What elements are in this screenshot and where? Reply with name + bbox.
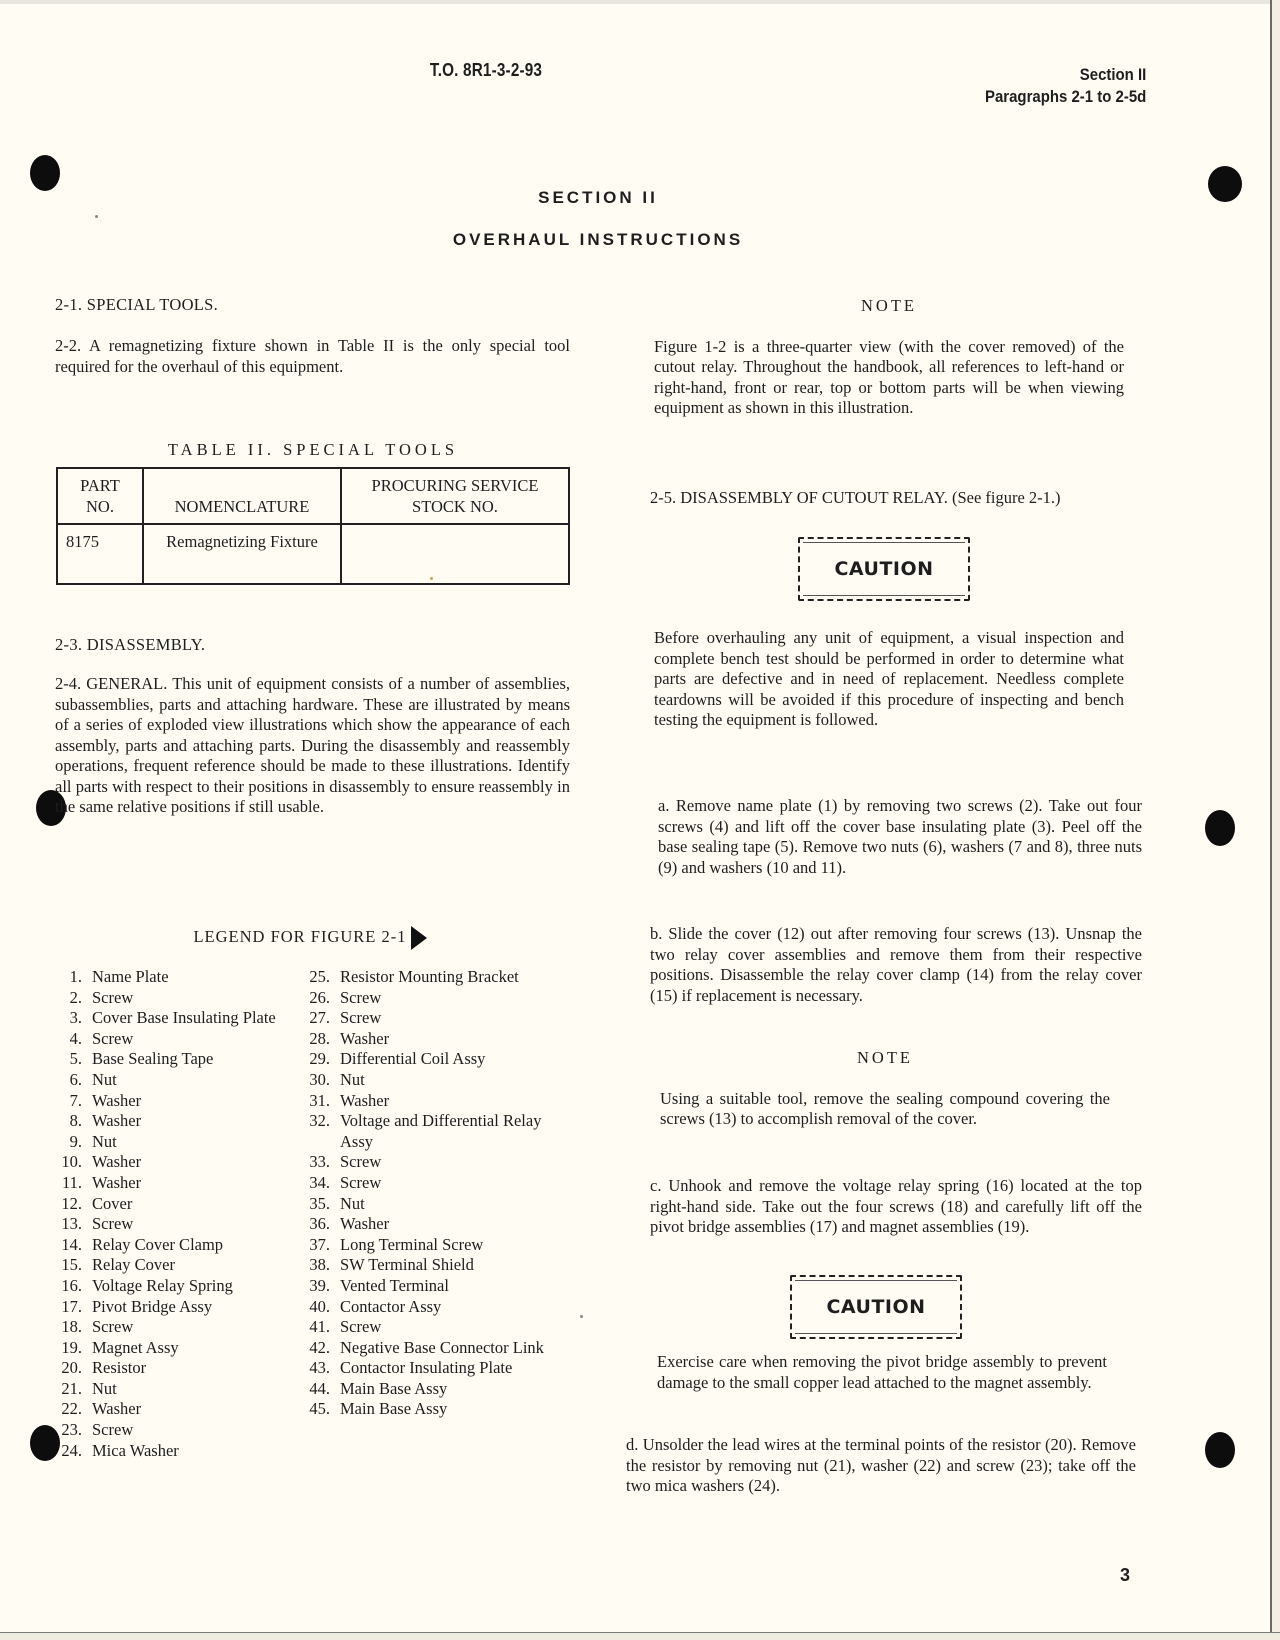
page-top-edge xyxy=(0,0,1270,4)
scan-speck xyxy=(430,577,433,580)
caution-1: Before overhauling any unit of equipment… xyxy=(654,628,1124,731)
legend-item-label: Long Terminal Screw xyxy=(340,1235,560,1256)
caution-box: CAUTION xyxy=(790,1275,962,1339)
legend-item-number: 44. xyxy=(300,1379,340,1400)
legend-item-number: 23. xyxy=(52,1420,92,1441)
legend-item-label: Nut xyxy=(92,1070,287,1091)
legend-item: 24.Mica Washer xyxy=(52,1441,287,1462)
legend-item: 14.Relay Cover Clamp xyxy=(52,1235,287,1256)
legend-item-number: 40. xyxy=(300,1297,340,1318)
legend-item-label: Washer xyxy=(340,1029,560,1050)
section-title: SECTION II xyxy=(0,188,1196,208)
legend-item-number: 13. xyxy=(52,1214,92,1235)
legend-item-number: 1. xyxy=(52,967,92,988)
legend-item: 15.Relay Cover xyxy=(52,1255,287,1276)
legend-item: 21.Nut xyxy=(52,1379,287,1400)
section-subtitle: OVERHAUL INSTRUCTIONS xyxy=(0,230,1196,250)
legend-item: 33.Screw xyxy=(300,1152,560,1173)
step-b-block: b. Slide the cover (12) out after removi… xyxy=(650,924,1142,1006)
legend-item-number: 33. xyxy=(300,1152,340,1173)
legend-item-number: 28. xyxy=(300,1029,340,1050)
step-a: a. Remove name plate (1) by removing two… xyxy=(658,796,1142,878)
legend-item-number: 29. xyxy=(300,1049,340,1070)
legend-item-number: 24. xyxy=(52,1441,92,1462)
legend-item-number: 11. xyxy=(52,1173,92,1194)
legend-item: 37.Long Terminal Screw xyxy=(300,1235,560,1256)
legend-item-label: Washer xyxy=(92,1091,287,1112)
legend-item-number: 5. xyxy=(52,1049,92,1070)
legend-item-label: Name Plate xyxy=(92,967,287,988)
legend-item-label: Nut xyxy=(340,1194,560,1215)
legend-item: 2.Screw xyxy=(52,988,287,1009)
legend-item-label: Screw xyxy=(340,988,560,1009)
legend-item: 10.Washer xyxy=(52,1152,287,1173)
legend-item-number: 7. xyxy=(52,1091,92,1112)
legend-item-label: Washer xyxy=(92,1173,287,1194)
column-header-nomenclature: NOMENCLATURE xyxy=(143,468,341,524)
legend-item-label: Pivot Bridge Assy xyxy=(92,1297,287,1318)
legend-item-label: Relay Cover xyxy=(92,1255,287,1276)
legend-item-number: 19. xyxy=(52,1338,92,1359)
arrow-right-icon xyxy=(411,926,427,950)
legend-item-label: Screw xyxy=(340,1317,560,1338)
legend-item: 40.Contactor Assy xyxy=(300,1297,560,1318)
legend-item-label: Voltage Relay Spring xyxy=(92,1276,287,1297)
table-row: 8175 Remagnetizing Fixture xyxy=(57,524,569,584)
legend-item-label: Magnet Assy xyxy=(92,1338,287,1359)
page-number: 3 xyxy=(1120,1565,1130,1586)
legend-item-number: 2. xyxy=(52,988,92,1009)
legend-item: 42.Negative Base Connector Link xyxy=(300,1338,560,1359)
caution-label: CAUTION xyxy=(834,558,933,580)
legend-item-label: Base Sealing Tape xyxy=(92,1049,287,1070)
legend-item-label: Screw xyxy=(92,988,287,1009)
legend-item: 9.Nut xyxy=(52,1132,287,1153)
legend-item: 38.SW Terminal Shield xyxy=(300,1255,560,1276)
page-bottom-edge xyxy=(0,1632,1280,1640)
legend-item: 45.Main Base Assy xyxy=(300,1399,560,1420)
legend-item: 31.Washer xyxy=(300,1091,560,1112)
caution-label: CAUTION xyxy=(826,1296,925,1318)
legend-item-number: 21. xyxy=(52,1379,92,1400)
punch-hole xyxy=(1205,810,1235,846)
caution-2: Exercise care when removing the pivot br… xyxy=(657,1352,1107,1393)
caution-box: CAUTION xyxy=(798,537,970,601)
legend-item-number: 8. xyxy=(52,1111,92,1132)
cell-nomenclature: Remagnetizing Fixture xyxy=(143,524,341,584)
legend-title-text: LEGEND FOR FIGURE 2-1 xyxy=(193,927,406,946)
legend-item-label: Cover xyxy=(92,1194,287,1215)
running-header: Section II Paragraphs 2-1 to 2-5d xyxy=(985,64,1146,108)
caution-1-text: Before overhauling any unit of equipment… xyxy=(654,628,1124,731)
page-right-edge xyxy=(1270,0,1280,1640)
legend-item-label: Main Base Assy xyxy=(340,1379,560,1400)
column-header-part-no: PART NO. xyxy=(57,468,143,524)
legend-item-number: 27. xyxy=(300,1008,340,1029)
legend-item-number: 38. xyxy=(300,1255,340,1276)
legend-item: 19.Magnet Assy xyxy=(52,1338,287,1359)
legend-item: 11.Washer xyxy=(52,1173,287,1194)
caution-2-text: Exercise care when removing the pivot br… xyxy=(657,1352,1107,1393)
legend-item: 44.Main Base Assy xyxy=(300,1379,560,1400)
legend-item-label: Nut xyxy=(92,1132,287,1153)
legend-item-label: Negative Base Connector Link xyxy=(340,1338,560,1359)
legend-item-number: 37. xyxy=(300,1235,340,1256)
heading-special-tools: 2-1. SPECIAL TOOLS. xyxy=(55,295,570,316)
legend-item-number: 6. xyxy=(52,1070,92,1091)
legend-item: 12.Cover xyxy=(52,1194,287,1215)
legend-item: 16.Voltage Relay Spring xyxy=(52,1276,287,1297)
legend-item-label: Cover Base Insulating Plate xyxy=(92,1008,287,1029)
special-tools-table: PART NO. NOMENCLATURE PROCURING SERVICE … xyxy=(56,467,570,585)
step-c-block: c. Unhook and remove the voltage relay s… xyxy=(650,1176,1142,1238)
step-d-block: d. Unsolder the lead wires at the termin… xyxy=(626,1435,1136,1497)
punch-hole xyxy=(1208,166,1242,202)
legend-item: 18.Screw xyxy=(52,1317,287,1338)
legend-item-number: 4. xyxy=(52,1029,92,1050)
legend-item: 29.Differential Coil Assy xyxy=(300,1049,560,1070)
legend-item-label: Resistor Mounting Bracket xyxy=(340,967,560,988)
legend-item-number: 45. xyxy=(300,1399,340,1420)
legend-item-number: 18. xyxy=(52,1317,92,1338)
legend-item-label: Screw xyxy=(92,1317,287,1338)
legend-item: 43.Contactor Insulating Plate xyxy=(300,1358,560,1379)
legend-item-label: SW Terminal Shield xyxy=(340,1255,560,1276)
legend-item: 4.Screw xyxy=(52,1029,287,1050)
legend-item-label: Relay Cover Clamp xyxy=(92,1235,287,1256)
legend-item-label: Washer xyxy=(340,1091,560,1112)
legend-item: 32.Voltage and Differential Relay Assy xyxy=(300,1111,560,1152)
step-a-block: a. Remove name plate (1) by removing two… xyxy=(658,796,1142,878)
legend-item: 6.Nut xyxy=(52,1070,287,1091)
legend-item: 3.Cover Base Insulating Plate xyxy=(52,1008,287,1029)
legend-item-label: Washer xyxy=(92,1111,287,1132)
legend-item: 25.Resistor Mounting Bracket xyxy=(300,967,560,988)
legend-item-label: Washer xyxy=(340,1214,560,1235)
note-1: NOTE Figure 1-2 is a three-quarter view … xyxy=(654,296,1124,419)
legend-item-label: Nut xyxy=(340,1070,560,1091)
legend-item-number: 30. xyxy=(300,1070,340,1091)
legend-item-label: Contactor Insulating Plate xyxy=(340,1358,560,1379)
legend-item-label: Washer xyxy=(92,1152,287,1173)
header-section: Section II xyxy=(985,64,1146,86)
legend-item-number: 3. xyxy=(52,1008,92,1029)
legend-item-label: Screw xyxy=(92,1214,287,1235)
legend-item: 34.Screw xyxy=(300,1173,560,1194)
cell-part-no: 8175 xyxy=(57,524,143,584)
step-d: d. Unsolder the lead wires at the termin… xyxy=(626,1435,1136,1497)
note-1-text: Figure 1-2 is a three-quarter view (with… xyxy=(654,337,1124,419)
legend-item: 27.Screw xyxy=(300,1008,560,1029)
legend-item-label: Screw xyxy=(340,1008,560,1029)
legend-item: 13.Screw xyxy=(52,1214,287,1235)
table-caption: TABLE II. SPECIAL TOOLS xyxy=(56,440,570,460)
legend-item-number: 20. xyxy=(52,1358,92,1379)
paragraph-2-2-block: 2-2. A remagnetizing fixture shown in Ta… xyxy=(55,336,570,377)
legend-item-number: 25. xyxy=(300,967,340,988)
legend-item: 35.Nut xyxy=(300,1194,560,1215)
scan-speck xyxy=(580,1315,583,1318)
legend-item-number: 42. xyxy=(300,1338,340,1359)
punch-hole xyxy=(1205,1432,1235,1468)
legend-item-label: Screw xyxy=(92,1420,287,1441)
legend-item: 22.Washer xyxy=(52,1399,287,1420)
step-b: b. Slide the cover (12) out after removi… xyxy=(650,924,1142,1006)
legend-item-label: Screw xyxy=(92,1029,287,1050)
legend-item: 1.Name Plate xyxy=(52,967,287,988)
paragraph-2-1: 2-1. SPECIAL TOOLS. xyxy=(55,295,570,316)
legend-item-number: 12. xyxy=(52,1194,92,1215)
note-title: NOTE xyxy=(654,296,1124,317)
legend-title: LEGEND FOR FIGURE 2-1 xyxy=(100,926,520,950)
legend-item-label: Differential Coil Assy xyxy=(340,1049,560,1070)
legend-item-number: 10. xyxy=(52,1152,92,1173)
step-c: c. Unhook and remove the voltage relay s… xyxy=(650,1176,1142,1238)
scan-speck xyxy=(95,215,98,218)
legend-item-number: 43. xyxy=(300,1358,340,1379)
paragraph-2-2: 2-2. A remagnetizing fixture shown in Ta… xyxy=(55,336,570,377)
legend-item-number: 16. xyxy=(52,1276,92,1297)
legend-item-label: Screw xyxy=(340,1173,560,1194)
legend-item: 7.Washer xyxy=(52,1091,287,1112)
cell-stock-no xyxy=(341,524,569,584)
punch-hole xyxy=(30,155,60,191)
legend-item-label: Washer xyxy=(92,1399,287,1420)
header-paragraphs: Paragraphs 2-1 to 2-5d xyxy=(985,86,1146,108)
heading-disassembly-cutout-relay: 2-5. DISASSEMBLY OF CUTOUT RELAY. (See f… xyxy=(650,488,1144,509)
legend-item: 26.Screw xyxy=(300,988,560,1009)
legend-item: 17.Pivot Bridge Assy xyxy=(52,1297,287,1318)
legend-item: 28.Washer xyxy=(300,1029,560,1050)
note-title: NOTE xyxy=(660,1048,1110,1069)
legend-item-label: Main Base Assy xyxy=(340,1399,560,1420)
legend-item-number: 31. xyxy=(300,1091,340,1112)
legend-item-number: 36. xyxy=(300,1214,340,1235)
legend-list-right: 25.Resistor Mounting Bracket26.Screw27.S… xyxy=(300,967,560,1420)
legend-item-number: 15. xyxy=(52,1255,92,1276)
legend-item-label: Resistor xyxy=(92,1358,287,1379)
legend-item: 30.Nut xyxy=(300,1070,560,1091)
legend-item-label: Vented Terminal xyxy=(340,1276,560,1297)
legend-item-number: 14. xyxy=(52,1235,92,1256)
paragraph-2-4-block: 2-4. GENERAL. This unit of equipment con… xyxy=(55,674,570,818)
legend-item-label: Nut xyxy=(92,1379,287,1400)
legend-item: 20.Resistor xyxy=(52,1358,287,1379)
paragraph-2-3: 2-3. DISASSEMBLY. xyxy=(55,635,570,656)
legend-item-number: 41. xyxy=(300,1317,340,1338)
legend-item-number: 9. xyxy=(52,1132,92,1153)
legend-item: 23.Screw xyxy=(52,1420,287,1441)
legend-item: 5.Base Sealing Tape xyxy=(52,1049,287,1070)
paragraph-2-4: 2-4. GENERAL. This unit of equipment con… xyxy=(55,674,570,818)
legend-item-number: 34. xyxy=(300,1173,340,1194)
column-header-stock-no: PROCURING SERVICE STOCK NO. xyxy=(341,468,569,524)
legend-item: 36.Washer xyxy=(300,1214,560,1235)
document-number: T.O. 8R1-3-2-93 xyxy=(350,60,622,81)
legend-item-label: Voltage and Differential Relay Assy xyxy=(340,1111,560,1152)
legend-item-number: 35. xyxy=(300,1194,340,1215)
legend-item-label: Screw xyxy=(340,1152,560,1173)
legend-list-left: 1.Name Plate2.Screw3.Cover Base Insulati… xyxy=(52,967,287,1461)
legend-item-number: 39. xyxy=(300,1276,340,1297)
legend-item: 8.Washer xyxy=(52,1111,287,1132)
legend-item-number: 22. xyxy=(52,1399,92,1420)
legend-item: 41.Screw xyxy=(300,1317,560,1338)
legend-item-label: Contactor Assy xyxy=(340,1297,560,1318)
note-2: NOTE Using a suitable tool, remove the s… xyxy=(660,1048,1110,1130)
legend-item-number: 32. xyxy=(300,1111,340,1152)
legend-item: 39.Vented Terminal xyxy=(300,1276,560,1297)
legend-item-number: 26. xyxy=(300,988,340,1009)
note-2-text: Using a suitable tool, remove the sealin… xyxy=(660,1089,1110,1130)
legend-item-label: Mica Washer xyxy=(92,1441,287,1462)
legend-item-number: 17. xyxy=(52,1297,92,1318)
paragraph-2-5: 2-5. DISASSEMBLY OF CUTOUT RELAY. (See f… xyxy=(650,488,1144,509)
heading-disassembly: 2-3. DISASSEMBLY. xyxy=(55,635,570,656)
